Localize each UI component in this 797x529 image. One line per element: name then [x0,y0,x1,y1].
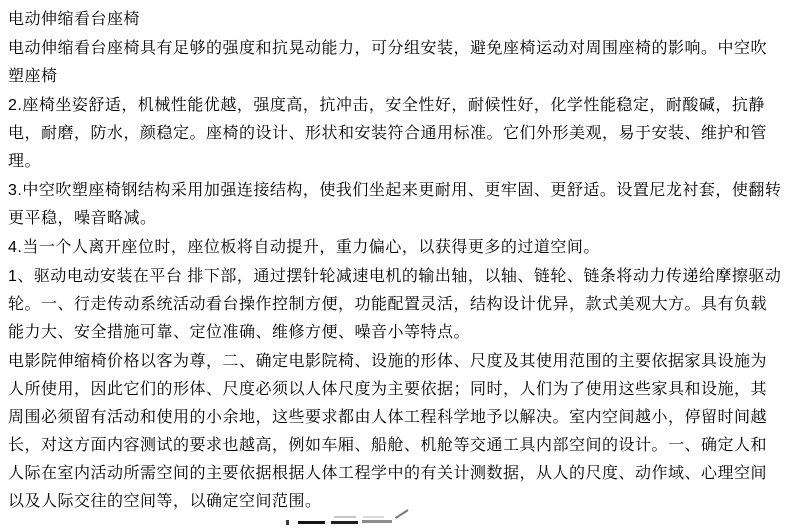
image-fragment-bar [362,520,392,523]
paragraph-feature-3: 3.中空吹塑座椅钢结构采用加强连接结构，使我们坐起来更耐用、更牢固、更舒适。设置… [8,177,789,233]
image-fragment-mark [286,520,289,525]
paragraph-feature-4: 4.当一个人离开座位时，座位板将自动提升，重力偏心，以获得更多的过道空间。 [8,234,789,262]
image-fragment-bar [298,521,325,524]
paragraph-intro: 电动伸缩看台座椅具有足够的强度和抗晃动能力，可分组安装，避免座椅运动对周围座椅的… [8,35,789,91]
image-fragment-bar [331,521,358,524]
paragraph-drive-system: 1、驱动电动安装在平台 排下部，通过摆针轮减速电机的输出轴，以轴、链轮、链条将动… [8,263,789,347]
image-fragment-squiggle [363,516,384,518]
image-fragment-squiggle [334,516,356,518]
document-title: 电动伸缩看台座椅 [8,6,789,34]
paragraph-cinema-chair-ergonomics: 电影院伸缩椅价格以客为尊，二、确定电影院椅、设施的形体、尺度及其使用范围的主要依… [8,348,789,516]
paragraph-feature-2: 2.座椅坐姿舒适，机械性能优越，强度高，抗冲击，安全性好，耐候性好，化学性能稳定… [8,92,789,176]
cutoff-image-top [0,513,797,529]
document-page: 电动伸缩看台座椅 电动伸缩看台座椅具有足够的强度和抗晃动能力，可分组安装，避免座… [0,0,797,529]
